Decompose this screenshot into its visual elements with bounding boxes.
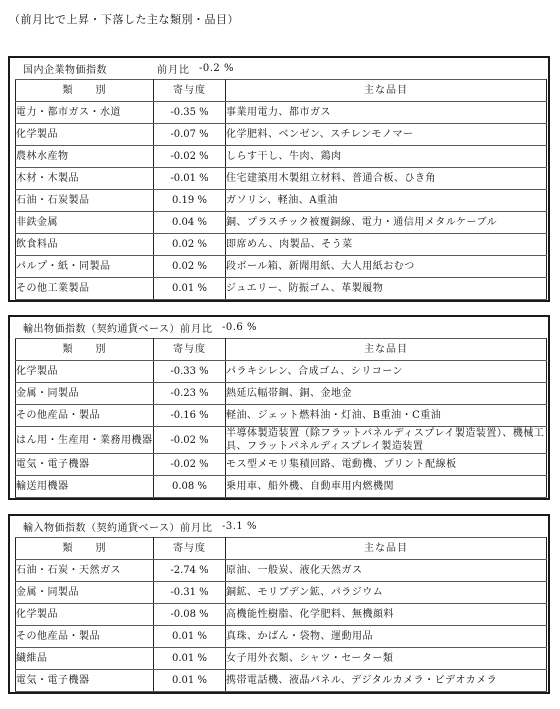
items-cell: 軽油、ジェット燃料油・灯油、B重油・C重油 [226,405,547,427]
table-title: 輸入物価指数（契約通貨ベース） [23,519,180,534]
contribution-cell: -0.33 % [154,361,226,383]
mom-label: 前月比 [157,61,190,76]
mom-value: -0.2 % [199,63,234,74]
import-price-table: 類 別 寄与度 主な品目 石油・石炭・天然ガス -2.74 % 原油、一般炭、液… [15,537,547,692]
table-row: その他産品・製品 -0.16 % 軽油、ジェット燃料油・灯油、B重油・C重油 [16,405,547,427]
header-row: 類 別 寄与度 主な品目 [16,339,547,361]
category-cell: 電気・電子機器 [16,454,154,476]
category-cell: 石油・石炭・天然ガス [16,560,154,582]
table-row: 石油・石炭・天然ガス -2.74 % 原油、一般炭、液化天然ガス [16,560,547,582]
contribution-cell: -0.02 % [154,427,226,454]
items-cell: 乗用車、船外機、自動車用内燃機関 [226,476,547,498]
contribution-cell: -0.31 % [154,582,226,604]
category-cell: 非鉄金属 [16,212,154,234]
items-cell: 化学肥料、ベンゼン、スチレンモノマー [226,124,547,146]
category-cell: はん用・生産用・業務用機器 [16,427,154,454]
table-title: 国内企業物価指数 [23,61,157,76]
contribution-cell: 0.19 % [154,190,226,212]
contribution-cell: 0.01 % [154,626,226,648]
table-row: 輸送用機器 0.08 % 乗用車、船外機、自動車用内燃機関 [16,476,547,498]
import-price-title-row: 輸入物価指数（契約通貨ベース） 前月比 -3.1 % [10,516,548,537]
mom-label: 前月比 [180,320,213,335]
items-cell: モス型メモリ集積回路、電動機、プリント配線板 [226,454,547,476]
contribution-cell: 0.01 % [154,278,226,300]
category-cell: 輸送用機器 [16,476,154,498]
category-cell: 化学製品 [16,604,154,626]
items-cell: 半導体製造装置（除フラットパネルディスプレイ製造装置）、機械工具、フラットパネル… [226,427,547,454]
category-cell: その他産品・製品 [16,626,154,648]
table-row: 化学製品 -0.08 % 高機能性樹脂、化学肥料、無機顔料 [16,604,547,626]
table-row: パルプ・紙・同製品 0.02 % 段ボール箱、新聞用紙、大人用紙おむつ [16,256,547,278]
contribution-cell: 0.01 % [154,670,226,692]
category-cell: 木材・木製品 [16,168,154,190]
table-row: はん用・生産用・業務用機器 -0.02 % 半導体製造装置（除フラットパネルディ… [16,427,547,454]
import-price-box: 輸入物価指数（契約通貨ベース） 前月比 -3.1 % 類 別 寄与度 主な品目 … [8,514,550,694]
table-row: 化学製品 -0.33 % パラキシレン、合成ゴム、シリコーン [16,361,547,383]
table-row: 繊維品 0.01 % 女子用外衣類、シャツ・セーター類 [16,648,547,670]
col-header-contribution: 寄与度 [154,80,226,102]
col-header-items: 主な品目 [226,80,547,102]
category-cell: 農林水産物 [16,146,154,168]
table-title: 輸出物価指数（契約通貨ベース） [23,320,180,335]
mom-value: -0.6 % [222,322,257,333]
table-row: その他工業製品 0.01 % ジュエリー、防振ゴム、革製履物 [16,278,547,300]
mom-value: -3.1 % [222,521,257,532]
contribution-cell: 0.04 % [154,212,226,234]
items-cell: 女子用外衣類、シャツ・セーター類 [226,648,547,670]
category-cell: 石油・石炭製品 [16,190,154,212]
export-price-title-row: 輸出物価指数（契約通貨ベース） 前月比 -0.6 % [10,317,548,338]
col-header-items: 主な品目 [226,339,547,361]
items-cell: 携帯電話機、液晶パネル、デジタルカメラ・ビデオカメラ [226,670,547,692]
table-row: 電力・都市ガス・水道 -0.35 % 事業用電力、都市ガス [16,102,547,124]
contribution-cell: -0.35 % [154,102,226,124]
col-header-contribution: 寄与度 [154,538,226,560]
category-cell: 化学製品 [16,124,154,146]
table-row: 金属・同製品 -0.23 % 熱延広幅帯鋼、銅、金地金 [16,383,547,405]
col-header-category: 類 別 [16,538,154,560]
items-cell: 銅、プラスチック被覆銅線、電力・通信用メタルケーブル [226,212,547,234]
contribution-cell: -0.23 % [154,383,226,405]
contribution-cell: -0.01 % [154,168,226,190]
items-cell: パラキシレン、合成ゴム、シリコーン [226,361,547,383]
items-cell: 住宅建築用木製組立材料、普通合板、ひき角 [226,168,547,190]
page-title: （前月比で上昇・下落した主な類別・品目） [9,13,560,27]
contribution-cell: 0.02 % [154,234,226,256]
domestic-cgpi-table: 類 別 寄与度 主な品目 電力・都市ガス・水道 -0.35 % 事業用電力、都市… [15,79,547,300]
contribution-cell: -2.74 % [154,560,226,582]
category-cell: 金属・同製品 [16,383,154,405]
export-price-table: 類 別 寄与度 主な品目 化学製品 -0.33 % パラキシレン、合成ゴム、シリ… [15,338,547,498]
export-price-box: 輸出物価指数（契約通貨ベース） 前月比 -0.6 % 類 別 寄与度 主な品目 … [8,315,550,500]
contribution-cell: -0.08 % [154,604,226,626]
items-cell: ジュエリー、防振ゴム、革製履物 [226,278,547,300]
contribution-cell: -0.02 % [154,454,226,476]
category-cell: 金属・同製品 [16,582,154,604]
table-row: 電気・電子機器 0.01 % 携帯電話機、液晶パネル、デジタルカメラ・ビデオカメ… [16,670,547,692]
col-header-contribution: 寄与度 [154,339,226,361]
category-cell: 繊維品 [16,648,154,670]
category-cell: パルプ・紙・同製品 [16,256,154,278]
items-cell: 段ボール箱、新聞用紙、大人用紙おむつ [226,256,547,278]
col-header-category: 類 別 [16,80,154,102]
header-row: 類 別 寄与度 主な品目 [16,80,547,102]
items-cell: 熱延広幅帯鋼、銅、金地金 [226,383,547,405]
items-cell: 真珠、かばん・袋物、運動用品 [226,626,547,648]
header-row: 類 別 寄与度 主な品目 [16,538,547,560]
items-cell: 高機能性樹脂、化学肥料、無機顔料 [226,604,547,626]
category-cell: 化学製品 [16,361,154,383]
mom-label: 前月比 [180,519,213,534]
contribution-cell: 0.02 % [154,256,226,278]
contribution-cell: -0.16 % [154,405,226,427]
items-cell: 原油、一般炭、液化天然ガス [226,560,547,582]
domestic-cgpi-box: 国内企業物価指数 前月比 -0.2 % 類 別 寄与度 主な品目 電力・都市ガス… [8,56,550,302]
table-row: 非鉄金属 0.04 % 銅、プラスチック被覆銅線、電力・通信用メタルケーブル [16,212,547,234]
contribution-cell: -0.02 % [154,146,226,168]
contribution-cell: 0.08 % [154,476,226,498]
domestic-cgpi-title-row: 国内企業物価指数 前月比 -0.2 % [10,58,548,79]
table-row: 金属・同製品 -0.31 % 銅鉱、モリブデン鉱、パラジウム [16,582,547,604]
items-cell: 即席めん、肉製品、そう菜 [226,234,547,256]
category-cell: 電力・都市ガス・水道 [16,102,154,124]
table-row: 木材・木製品 -0.01 % 住宅建築用木製組立材料、普通合板、ひき角 [16,168,547,190]
col-header-category: 類 別 [16,339,154,361]
contribution-cell: -0.07 % [154,124,226,146]
category-cell: その他工業製品 [16,278,154,300]
category-cell: 電気・電子機器 [16,670,154,692]
table-row: 飲食料品 0.02 % 即席めん、肉製品、そう菜 [16,234,547,256]
items-cell: しらす干し、牛肉、鶏肉 [226,146,547,168]
table-row: 電気・電子機器 -0.02 % モス型メモリ集積回路、電動機、プリント配線板 [16,454,547,476]
items-cell: 銅鉱、モリブデン鉱、パラジウム [226,582,547,604]
category-cell: その他産品・製品 [16,405,154,427]
col-header-items: 主な品目 [226,538,547,560]
items-cell: ガソリン、軽油、A重油 [226,190,547,212]
category-cell: 飲食料品 [16,234,154,256]
table-row: 化学製品 -0.07 % 化学肥料、ベンゼン、スチレンモノマー [16,124,547,146]
items-cell: 事業用電力、都市ガス [226,102,547,124]
table-row: 石油・石炭製品 0.19 % ガソリン、軽油、A重油 [16,190,547,212]
contribution-cell: 0.01 % [154,648,226,670]
table-row: 農林水産物 -0.02 % しらす干し、牛肉、鶏肉 [16,146,547,168]
table-row: その他産品・製品 0.01 % 真珠、かばん・袋物、運動用品 [16,626,547,648]
